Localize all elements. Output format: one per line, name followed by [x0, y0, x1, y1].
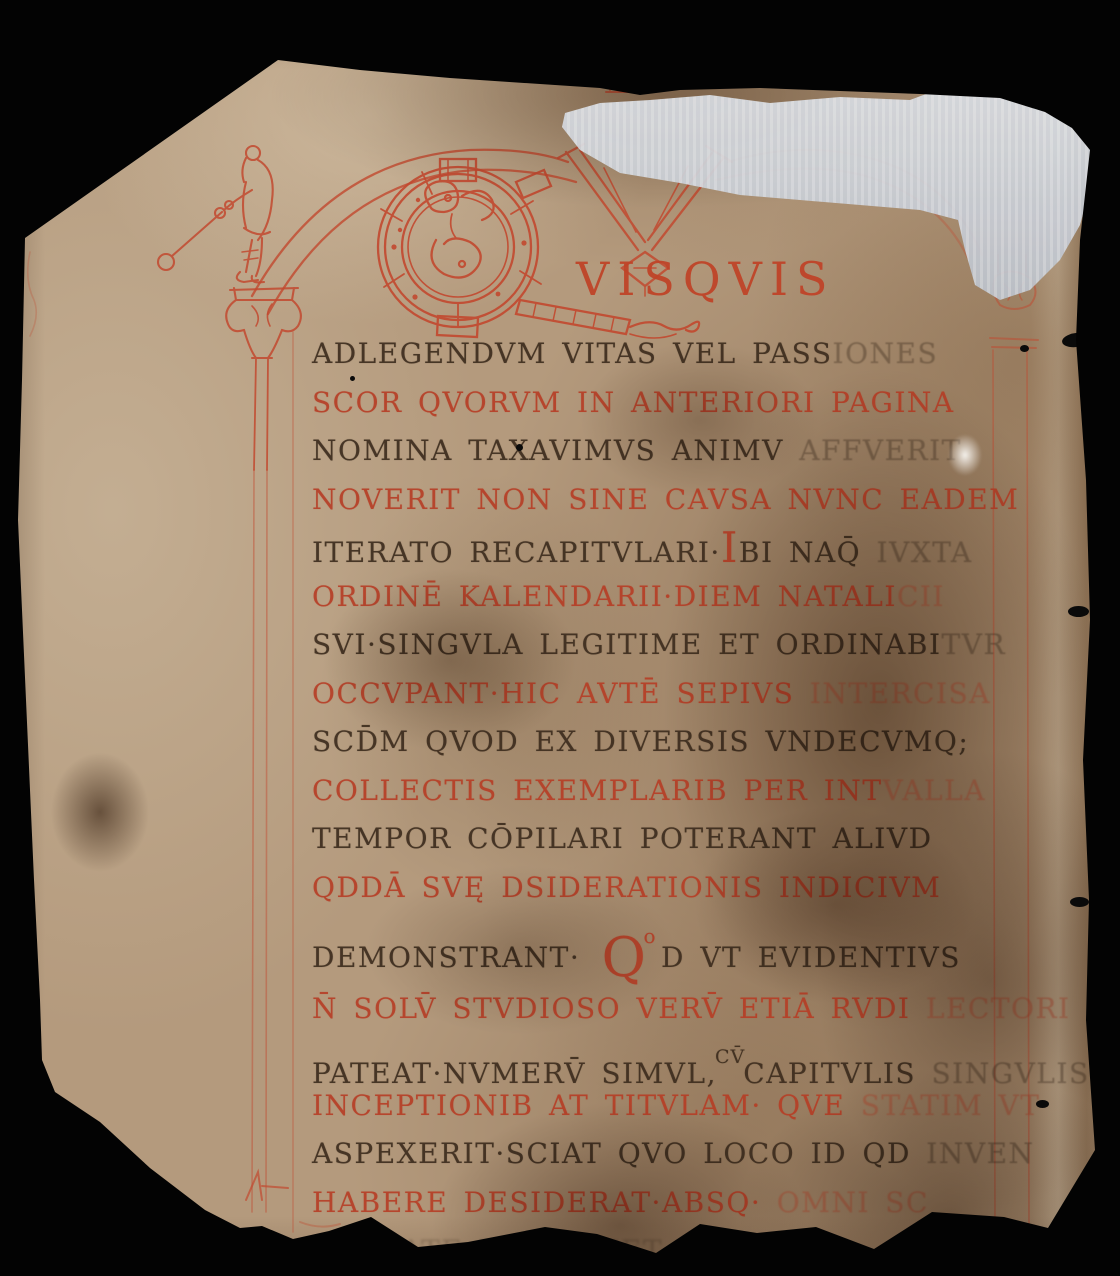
text-segment: IVXTA — [877, 536, 973, 569]
text-segment: CV̄ — [715, 1046, 745, 1068]
ink-speck — [516, 444, 523, 451]
text-segment: VALLA — [883, 774, 986, 807]
folio-number-pencil: 1v — [302, 39, 330, 65]
manuscript-text-line: ORDINĒ KALENDARII·DIEM NATALICII — [312, 573, 1012, 622]
incipit-heading: VISQVIS — [576, 252, 836, 306]
manuscript-text-line: SCD̄M QVOD EX DIVERSIS VNDECVMQ; — [312, 718, 1012, 767]
manuscript-text-line: NOMINA TAXAVIMVS ANIMV AFFVERIT — [312, 427, 1012, 476]
manuscript-text-line: PATEAT·NVMERV̄ SIMVL,CV̄CAPITVLIS SINGVL… — [312, 1033, 1012, 1082]
text-segment: Q — [602, 926, 648, 989]
text-segment: OMNI SC — [777, 1186, 929, 1219]
text-segment: SCOR QVORVM IN ANTERIORI PAGINA — [312, 386, 955, 419]
text-segment: INCEPTIONIB AT TITVLAM· QVE — [312, 1089, 861, 1122]
manuscript-text-line: ITERATO RECAPITVLARI·IBI NAQ̄ IVXTA — [312, 524, 1012, 573]
parchment-leaf: VISQVIS ADLEGENDVM VITAS VEL PASSIONESSC… — [0, 0, 1120, 1276]
text-segment: TVR — [942, 628, 1006, 661]
manuscript-text-line: COLLECTIS EXEMPLARIB PER INTVALLA — [312, 767, 1012, 816]
crown-finial — [606, 70, 898, 93]
text-segment: IOSITATE REPPERIET — [312, 1234, 663, 1267]
manuscript-text-line: INCEPTIONIB AT TITVLAM· QVE STATIM VT — [312, 1082, 1012, 1131]
ink-speck — [350, 376, 355, 381]
text-segment: NOVERIT NON SINE CAVSA NVNC EADEM — [312, 483, 1019, 516]
text-segment: QDDĀ SVĘ DSIDERATIONIS INDICIVM — [312, 871, 941, 904]
manuscript-text-line: ASPEXERIT·SCIAT QVO LOCO ID QD INVEN — [312, 1130, 1012, 1179]
text-segment: SCD̄M QVOD EX DIVERSIS VNDECVMQ; — [312, 725, 969, 758]
text-segment: CII — [897, 580, 945, 613]
text-segment: ADLEGENDVM VITAS VEL PASS — [312, 337, 833, 370]
manuscript-text-line: TEMPOR CŌPILARI POTERANT ALIVD — [312, 815, 1012, 864]
sewing-hole — [1068, 606, 1089, 617]
column-capital-left — [226, 288, 301, 470]
initial-q-drawing — [378, 159, 699, 338]
manuscript-text-line: ADLEGENDVM VITAS VEL PASSIONES — [312, 330, 1012, 379]
text-segment: STATIM VT — [861, 1089, 1041, 1122]
text-segment: HABERE DESIDERAT·ABSQ· — [312, 1186, 777, 1219]
text-segment: AFFVERIT — [799, 434, 962, 467]
sewing-hole — [1070, 897, 1089, 907]
text-segment: I — [721, 523, 739, 572]
manuscript-text-line: N̄ SOLV̄ STVDIOSO VERV̄ ETIĀ RVDI LECTO… — [312, 985, 1012, 1034]
text-segment: D VT EVIDENTIVS — [661, 941, 961, 974]
text-segment: LECTORI — [926, 992, 1071, 1025]
text-segment: BI NAQ̄ — [739, 536, 877, 569]
manuscript-text-line: NOVERIT NON SINE CAVSA NVNC EADEM — [312, 476, 1012, 525]
text-segment: INTERCISA — [810, 677, 991, 710]
text-segment: INVEN — [926, 1137, 1034, 1170]
marginal-figure-drawing — [158, 146, 273, 282]
surface-abrasion-patch — [948, 434, 982, 476]
manuscript-text-line: IOSITATE REPPERIET — [312, 1227, 1012, 1276]
text-segment: o — [643, 924, 657, 948]
manuscript-text-line: QDDĀ SVĘ DSIDERATIONIS INDICIVM — [312, 864, 1012, 913]
text-block: ADLEGENDVM VITAS VEL PASSIONESSCOR QVORV… — [312, 330, 1012, 1276]
text-segment: SINGVLIS — [931, 1057, 1089, 1090]
text-segment: ASPEXERIT·SCIAT QVO LOCO ID QD — [312, 1137, 926, 1170]
text-segment: IONES — [833, 337, 939, 370]
text-segment: SVI·SINGVLA LEGITIME ET ORDINABI — [312, 628, 942, 661]
text-segment: DEMONSTRANT· — [312, 941, 596, 974]
manuscript-text-line: SCOR QVORVM IN ANTERIORI PAGINA — [312, 379, 1012, 428]
text-segment: N̄ SOLV̄ STVDIOSO VERV̄ ETIĀ RVDI — [312, 992, 926, 1025]
text-segment: ITERATO RECAPITVLARI· — [312, 536, 721, 569]
manuscript-text-line: HABERE DESIDERAT·ABSQ· OMNI SC — [312, 1179, 1012, 1228]
text-segment: OCCVPANT·HIC AVTĒ SEPIVS — [312, 677, 810, 710]
manuscript-text-line: OCCVPANT·HIC AVTĒ SEPIVS INTERCISA — [312, 670, 1012, 719]
manuscript-text-line: DEMONSTRANT· QoD VT EVIDENTIVS — [312, 912, 1012, 961]
sewing-hole — [1036, 1100, 1049, 1108]
manuscript-text-line: SVI·SINGVLA LEGITIME ET ORDINABITVR — [312, 621, 1012, 670]
text-segment: COLLECTIS EXEMPLARIB PER INT — [312, 774, 883, 807]
photograph-background: VISQVIS ADLEGENDVM VITAS VEL PASSIONESSC… — [0, 0, 1120, 1276]
ink-speck — [1020, 345, 1029, 352]
text-segment: ORDINĒ KALENDARII·DIEM NATALI — [312, 580, 897, 613]
text-segment: TEMPOR CŌPILARI POTERANT ALIVD — [312, 822, 933, 855]
text-segment: NOMINA TAXAVIMVS ANIMV — [312, 434, 799, 467]
